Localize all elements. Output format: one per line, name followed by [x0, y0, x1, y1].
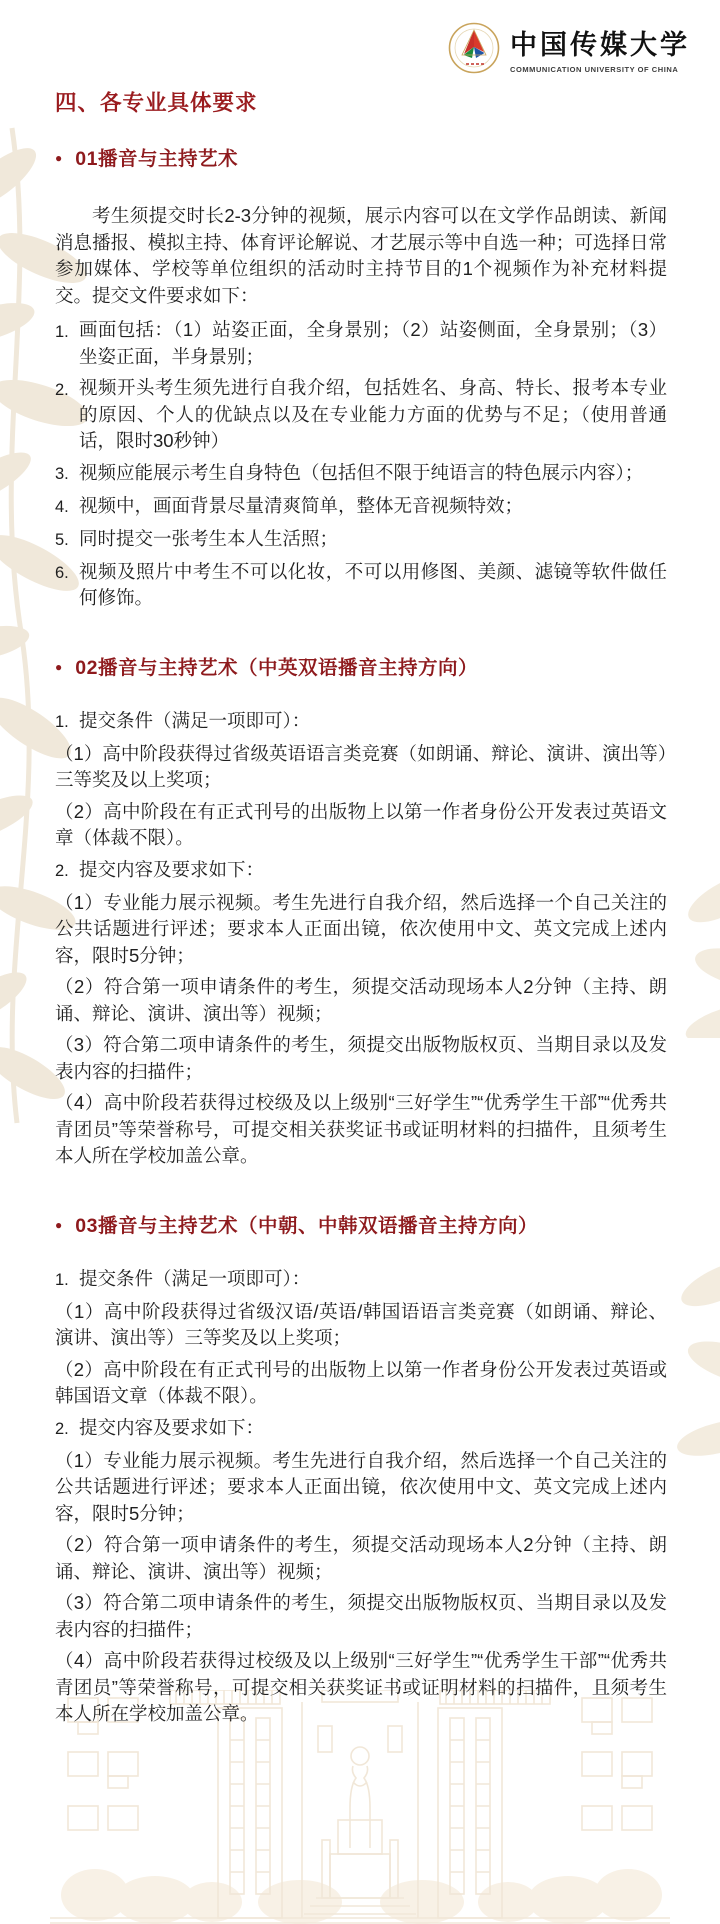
sub-item: （4）高中阶段若获得过校级及以上级别“三好学生”“优秀学生干部”“优秀共青团员”…: [55, 1648, 667, 1728]
item-marker: 6.: [55, 559, 79, 612]
item-text: 提交条件（满足一项即可）：: [79, 1266, 667, 1294]
section-02-bilingual-english: ● 02播音与主持艺术（中英双语播音主持方向） 1. 提交条件（满足一项即可）：…: [55, 652, 667, 1170]
item-text: 提交内容及要求如下：: [79, 1415, 667, 1443]
item-text: 提交条件（满足一项即可）：: [79, 708, 667, 736]
university-name-en: COMMUNICATION UNIVERSITY OF CHINA: [510, 65, 690, 74]
item-text: 视频及照片中考生不可以化妆，不可以用修图、美颜、滤镜等软件做任何修饰。: [79, 559, 667, 612]
item-text: 同时提交一张考生本人生活照；: [79, 526, 667, 554]
sub-item: （1）专业能力展示视频。考生先进行自我介绍，然后选择一个自己关注的公共话题进行评…: [55, 1448, 667, 1528]
item-marker: 3.: [55, 460, 79, 488]
section-heading: ● 02播音与主持艺术（中英双语播音主持方向）: [55, 652, 667, 680]
item-text: 视频应能展示考生自身特色（包括但不限于纯语言的特色展示内容）；: [79, 460, 667, 488]
section-title: 02播音与主持艺术（中英双语播音主持方向）: [75, 652, 478, 680]
sub-item: （1）高中阶段获得过省级英语语言类竞赛（如朗诵、辩论、演讲、演出等）三等奖及以上…: [55, 741, 667, 794]
university-logotype: 中国传媒大学 COMMUNICATION UNIVERSITY OF CHINA: [510, 23, 690, 74]
section-intro: 考生须提交时长2-3分钟的视频，展示内容可以在文学作品朗读、新闻消息播报、模拟主…: [55, 203, 667, 309]
item-marker: 2.: [55, 1415, 79, 1443]
list-item: 1. 画面包括：（1）站姿正面，全身景别；（2）站姿侧面，全身景别；（3）坐姿正…: [55, 317, 667, 370]
list-item: 2. 提交内容及要求如下：: [55, 1415, 667, 1443]
item-marker: 4.: [55, 493, 79, 521]
bullet-icon: ●: [55, 661, 62, 673]
section-01-broadcasting-hosting: ● 01播音与主持艺术 考生须提交时长2-3分钟的视频，展示内容可以在文学作品朗…: [55, 143, 667, 612]
section-heading: ● 01播音与主持艺术: [55, 143, 667, 171]
item-text: 画面包括：（1）站姿正面，全身景别；（2）站姿侧面，全身景别；（3）坐姿正面，半…: [79, 317, 667, 370]
item-marker: 1.: [55, 708, 79, 736]
sub-item: （2）高中阶段在有正式刊号的出版物上以第一作者身份公开发表过英语或韩国语文章（体…: [55, 1357, 667, 1410]
sub-item: （1）高中阶段获得过省级汉语/英语/韩国语语言类竞赛（如朗诵、辩论、演讲、演出等…: [55, 1299, 667, 1352]
section-title: 03播音与主持艺术（中朝、中韩双语播音主持方向）: [75, 1210, 538, 1238]
item-text: 视频开头考生须先进行自我介绍，包括姓名、身高、特长、报考本专业的原因、个人的优缺…: [79, 375, 667, 455]
section-heading: ● 03播音与主持艺术（中朝、中韩双语播音主持方向）: [55, 1210, 667, 1238]
item-marker: 2.: [55, 375, 79, 455]
sub-item: （1）专业能力展示视频。考生先进行自我介绍，然后选择一个自己关注的公共话题进行评…: [55, 890, 667, 970]
item-marker: 2.: [55, 857, 79, 885]
list-item: 5. 同时提交一张考生本人生活照；: [55, 526, 667, 554]
item-text: 视频中，画面背景尽量清爽简单，整体无音视频特效；: [79, 493, 667, 521]
list-item: 6. 视频及照片中考生不可以化妆，不可以用修图、美颜、滤镜等软件做任何修饰。: [55, 559, 667, 612]
list-item: 2. 提交内容及要求如下：: [55, 857, 667, 885]
sub-item: （2）高中阶段在有正式刊号的出版物上以第一作者身份公开发表过英语文章（体裁不限）…: [55, 799, 667, 852]
bullet-icon: ●: [55, 1219, 62, 1231]
cuc-emblem-icon: [448, 22, 500, 74]
item-marker: 1.: [55, 317, 79, 370]
bullet-icon: ●: [55, 152, 62, 164]
page-title: 四、各专业具体要求: [55, 86, 667, 117]
sub-item: （2）符合第一项申请条件的考生，须提交活动现场本人2分钟（主持、朗诵、辩论、演讲…: [55, 1532, 667, 1585]
sub-item: （2）符合第一项申请条件的考生，须提交活动现场本人2分钟（主持、朗诵、辩论、演讲…: [55, 974, 667, 1027]
header: 中国传媒大学 COMMUNICATION UNIVERSITY OF CHINA: [448, 22, 690, 74]
list-item: 2. 视频开头考生须先进行自我介绍，包括姓名、身高、特长、报考本专业的原因、个人…: [55, 375, 667, 455]
list-item: 1. 提交条件（满足一项即可）：: [55, 1266, 667, 1294]
section-03-bilingual-korean: ● 03播音与主持艺术（中朝、中韩双语播音主持方向） 1. 提交条件（满足一项即…: [55, 1210, 667, 1728]
list-item: 3. 视频应能展示考生自身特色（包括但不限于纯语言的特色展示内容）；: [55, 460, 667, 488]
list-item: 1. 提交条件（满足一项即可）：: [55, 708, 667, 736]
item-marker: 1.: [55, 1266, 79, 1294]
item-marker: 5.: [55, 526, 79, 554]
document-body: 四、各专业具体要求 ● 01播音与主持艺术 考生须提交时长2-3分钟的视频，展示…: [55, 86, 667, 1728]
section-title: 01播音与主持艺术: [75, 143, 238, 171]
sub-item: （3）符合第二项申请条件的考生，须提交出版物版权页、当期目录以及发表内容的扫描件…: [55, 1590, 667, 1643]
item-text: 提交内容及要求如下：: [79, 857, 667, 885]
university-name-cn: 中国传媒大学: [510, 23, 690, 62]
sub-item: （4）高中阶段若获得过校级及以上级别“三好学生”“优秀学生干部”“优秀共青团员”…: [55, 1090, 667, 1170]
list-item: 4. 视频中，画面背景尽量清爽简单，整体无音视频特效；: [55, 493, 667, 521]
admission-requirements-page: { "page": { "title": "四、各专业具体要求", "backg…: [0, 0, 720, 1924]
sub-item: （3）符合第二项申请条件的考生，须提交出版物版权页、当期目录以及发表内容的扫描件…: [55, 1032, 667, 1085]
